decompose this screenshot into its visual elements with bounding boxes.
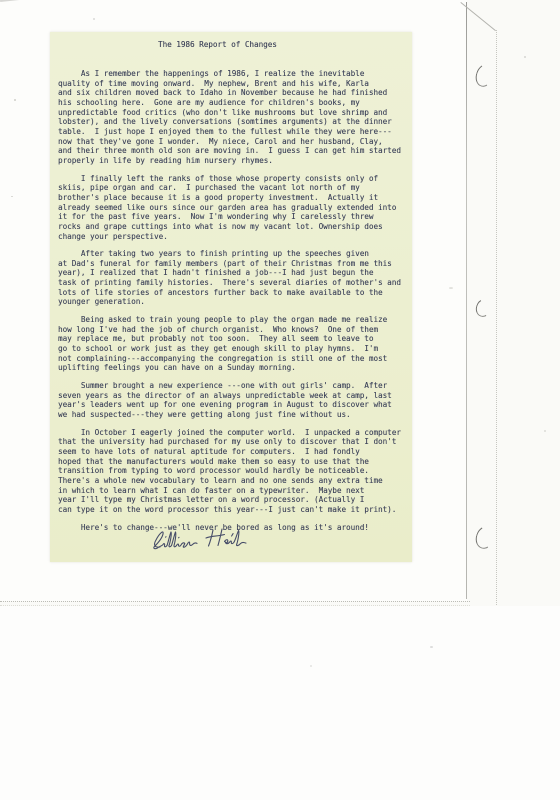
letter-body: As I remember the happenings of 1986, I … (58, 69, 410, 540)
letter-paragraph-3: After taking two years to finish printin… (58, 249, 410, 307)
scan-speck (544, 430, 546, 432)
scan-speck (449, 287, 453, 289)
signature-ink-strokes (150, 524, 265, 556)
binder-page-seam-horizontal-faint (0, 605, 470, 606)
letter-title: The 1986 Report of Changes (158, 40, 277, 50)
letter-paragraph-1: As I remember the happenings of 1986, I … (58, 69, 410, 166)
backing-sheet-lower (0, 606, 560, 800)
sheet-protector-right-edge (466, 2, 467, 599)
scan-speck (14, 99, 16, 101)
scan-speck (93, 18, 95, 20)
scan-speck (524, 56, 526, 58)
binder-ring-middle (474, 297, 494, 319)
binder-ring-top (473, 62, 496, 89)
letter-paragraph-2: I finally left the ranks of those whose … (58, 174, 410, 242)
scan-speck (11, 196, 13, 197)
signature-handwriting: Lillian Heil (150, 524, 265, 556)
scan-speck (430, 646, 433, 648)
letter-paragraph-6: In October I eagerly joined the computer… (58, 428, 410, 515)
scan-speck (310, 665, 312, 667)
letter-paragraph-4: Being asked to train young people to pla… (58, 315, 410, 373)
letter-paragraph-5: Summer brought a new experience ---one w… (58, 381, 410, 420)
binder-page-seam-vertical (496, 30, 497, 665)
letter-paper: The 1986 Report of Changes As I remember… (50, 32, 412, 562)
binder-ring-bottom (473, 524, 497, 551)
binder-page-seam-horizontal (0, 601, 470, 602)
